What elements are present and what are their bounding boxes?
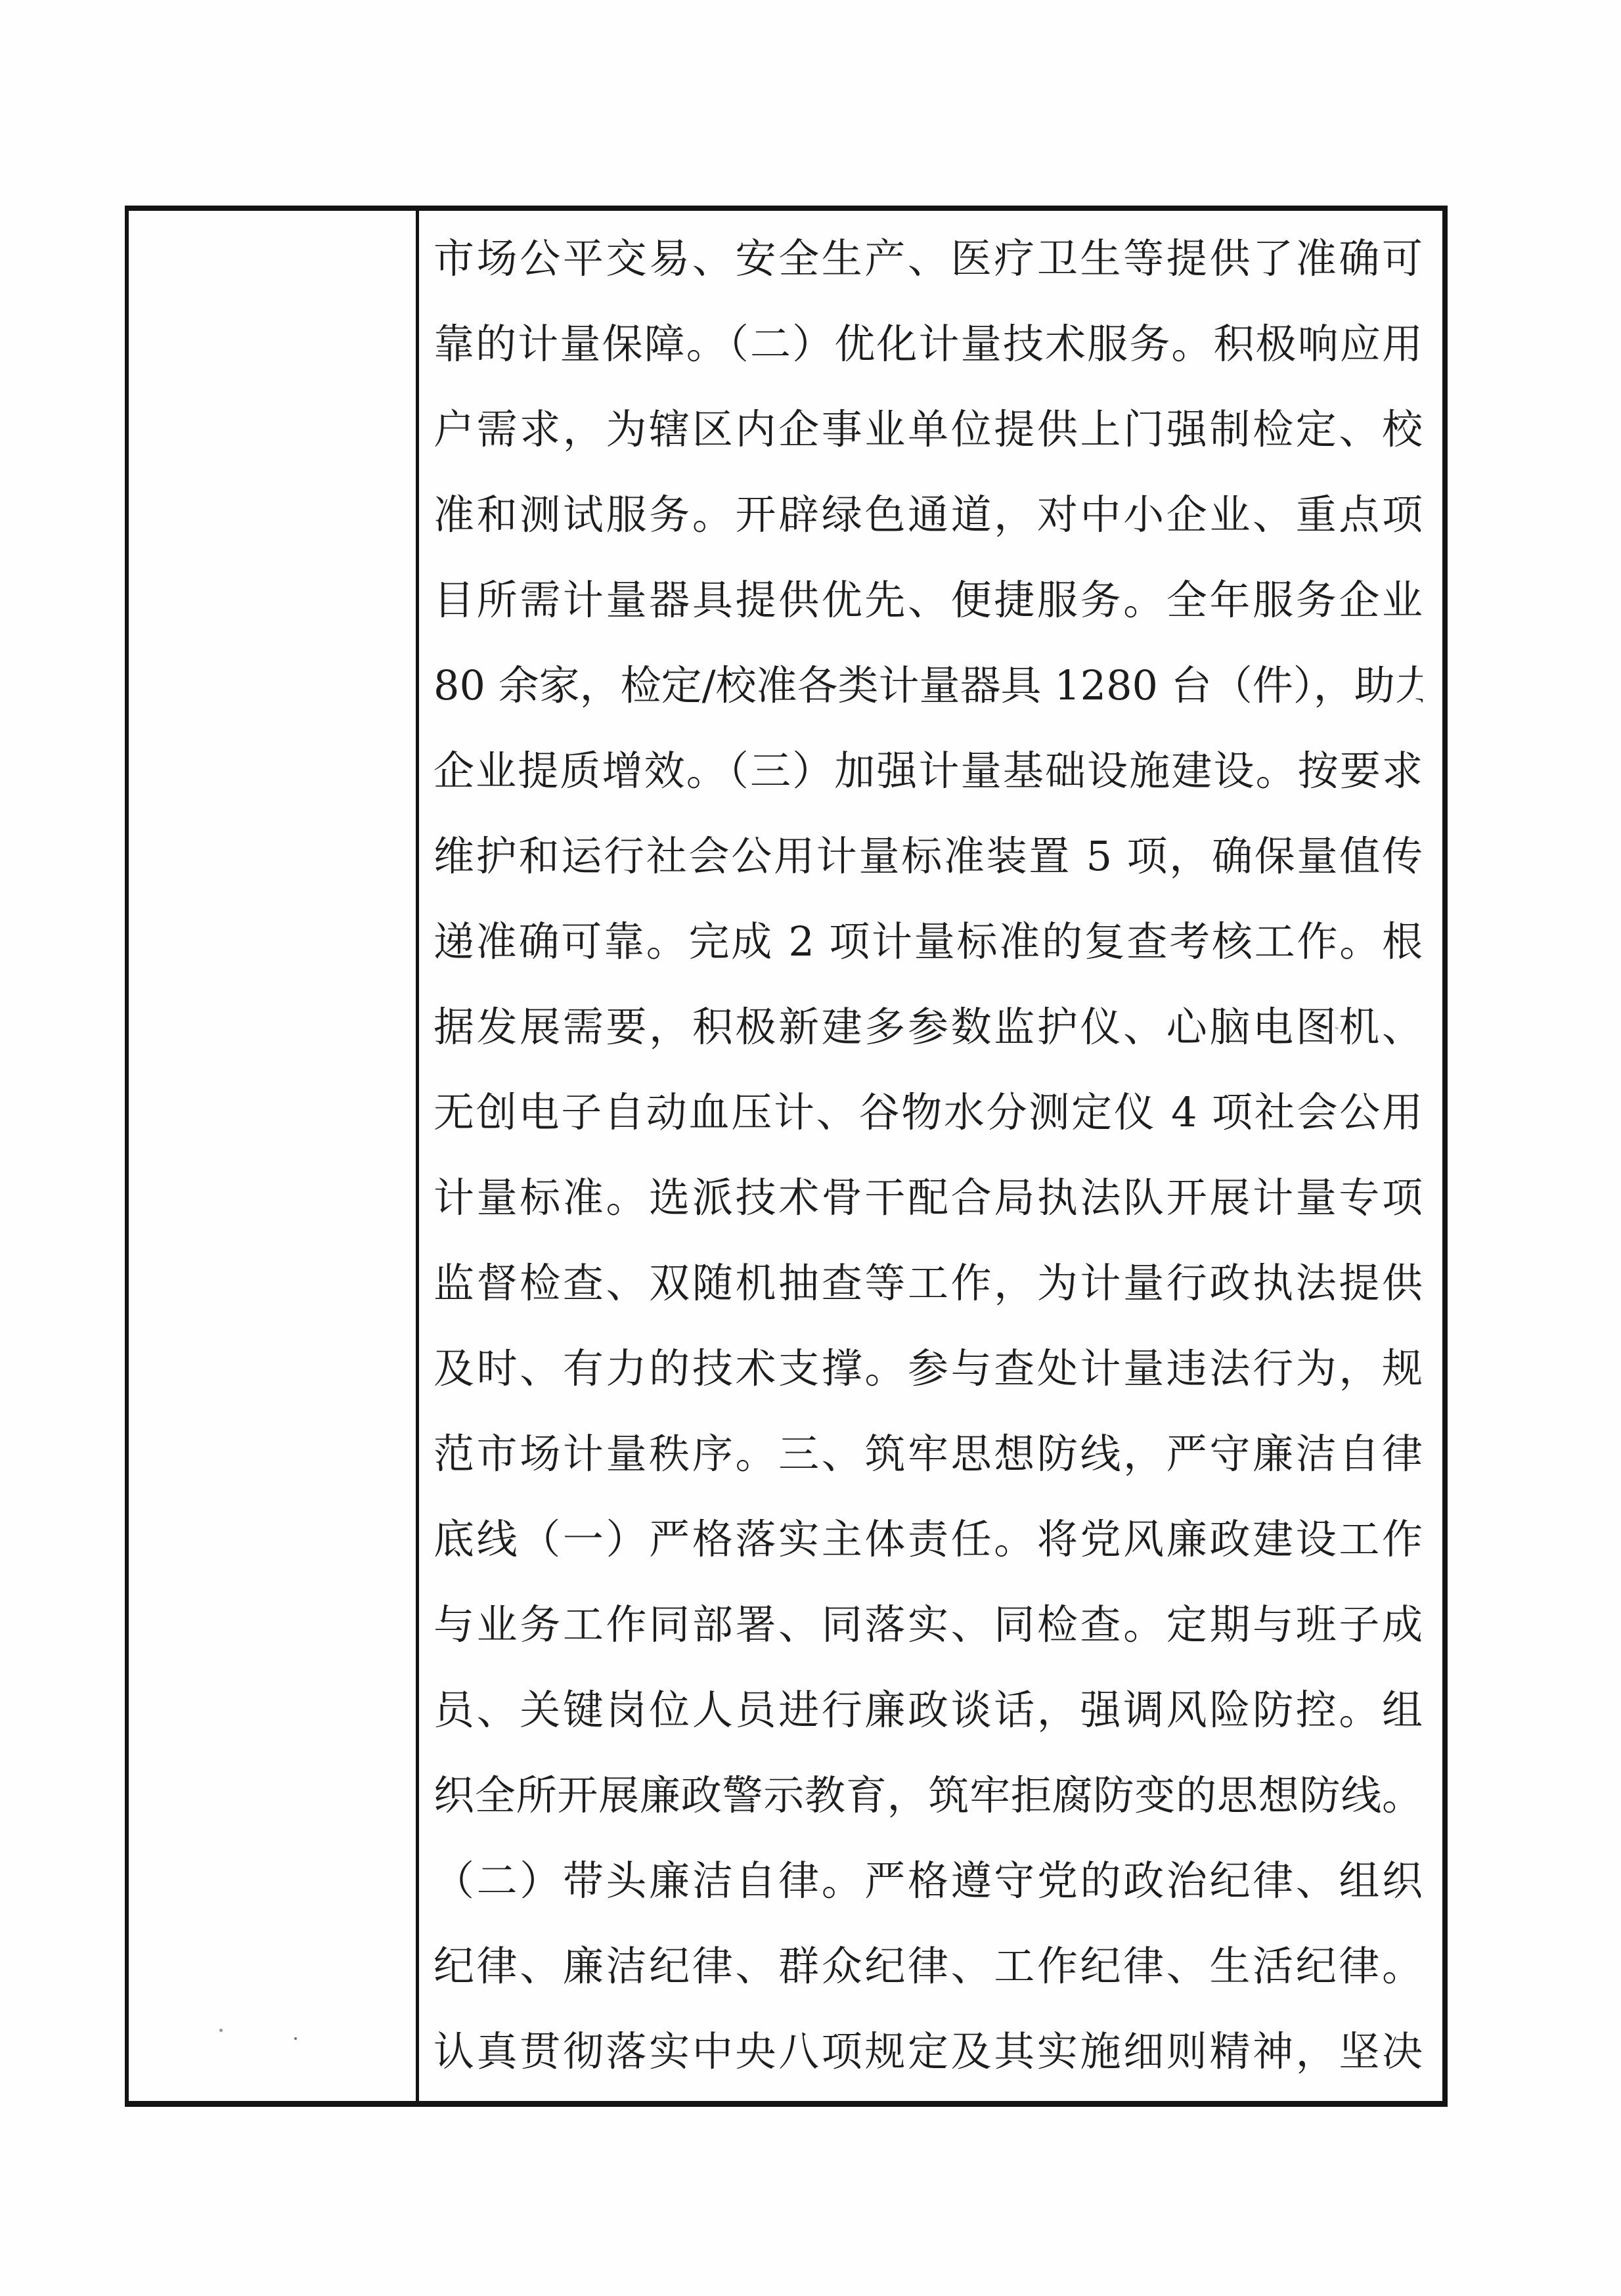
- text-line: 无创电子自动血压计、谷物水分测定仪 4 项社会公用: [433, 1070, 1423, 1155]
- text-line: 市场公平交易、安全生产、医疗卫生等提供了准确可: [433, 216, 1423, 301]
- text-line: 范市场计量秩序。三、筑牢思想防线，严守廉洁自律: [433, 1411, 1423, 1497]
- text-line: 及时、有力的技术支撑。参与查处计量违法行为，规: [433, 1326, 1423, 1411]
- table-cell-label-empty: [129, 211, 419, 2101]
- scan-speck: [294, 2037, 297, 2040]
- document-table: 市场公平交易、安全生产、医疗卫生等提供了准确可 靠的计量保障。（二）优化计量技术…: [125, 206, 1448, 2107]
- text-line: 靠的计量保障。（二）优化计量技术服务。积极响应用: [433, 301, 1423, 387]
- text-line: 目所需计量器具提供优先、便捷服务。全年服务企业: [433, 558, 1423, 643]
- text-line: 80 余家，检定/校准各类计量器具 1280 台（件），助力: [433, 643, 1423, 728]
- text-line: 准和测试服务。开辟绿色通道，对中小企业、重点项: [433, 472, 1423, 558]
- text-line: 纪律、廉洁纪律、群众纪律、工作纪律、生活纪律。: [433, 1924, 1423, 2009]
- text-line: 维护和运行社会公用计量标准装置 5 项，确保量值传: [433, 814, 1423, 899]
- text-line: 户需求，为辖区内企事业单位提供上门强制检定、校: [433, 387, 1423, 472]
- text-line: 与业务工作同部署、同落实、同检查。定期与班子成: [433, 1582, 1423, 1667]
- text-line: 员、关键岗位人员进行廉政谈话，强调风险防控。组: [433, 1667, 1423, 1753]
- text-line: 认真贯彻落实中央八项规定及其实施细则精神，坚决: [433, 2009, 1423, 2094]
- table-cell-content: 市场公平交易、安全生产、医疗卫生等提供了准确可 靠的计量保障。（二）优化计量技术…: [419, 211, 1442, 2101]
- text-line: （二）带头廉洁自律。严格遵守党的政治纪律、组织: [433, 1838, 1423, 1924]
- text-line: 监督检查、双随机抽查等工作，为计量行政执法提供: [433, 1241, 1423, 1326]
- text-line: 底线（一）严格落实主体责任。将党风廉政建设工作: [433, 1497, 1423, 1582]
- text-line: 织全所开展廉政警示教育，筑牢拒腐防变的思想防线。: [433, 1753, 1423, 1838]
- text-line: 计量标准。选派技术骨干配合局执法队开展计量专项: [433, 1155, 1423, 1241]
- text-line: 企业提质增效。（三）加强计量基础设施建设。按要求: [433, 728, 1423, 814]
- text-line: 据发展需要，积极新建多参数监护仪、心脑电图机、: [433, 984, 1423, 1070]
- scan-speck: [219, 2029, 223, 2032]
- scanned-document-page: 市场公平交易、安全生产、医疗卫生等提供了准确可 靠的计量保障。（二）优化计量技术…: [0, 0, 1621, 2296]
- text-line: 递准确可靠。完成 2 项计量标准的复查考核工作。根: [433, 899, 1423, 984]
